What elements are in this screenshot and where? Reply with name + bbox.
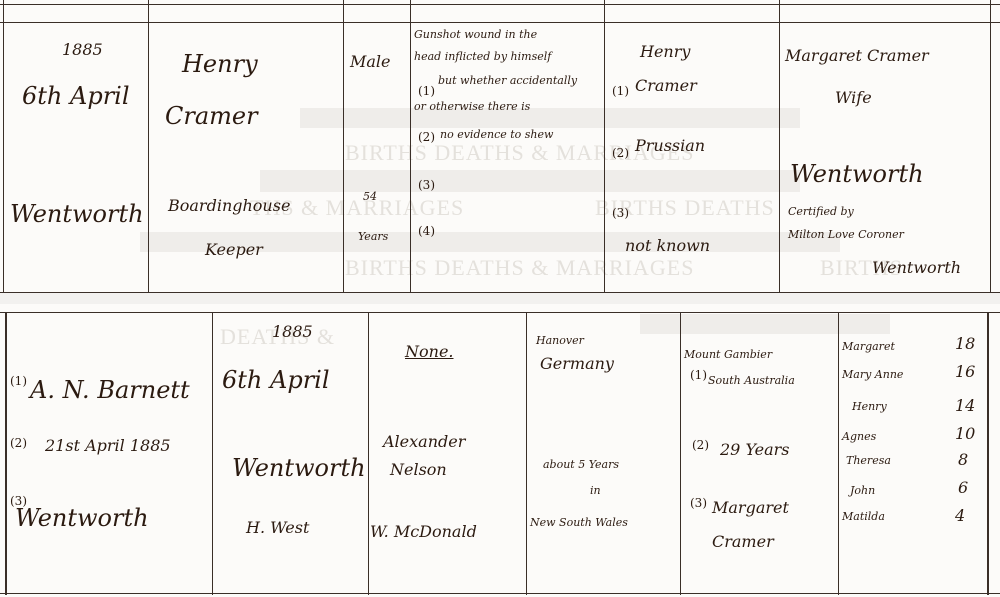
spouse-surname: Cramer xyxy=(712,532,774,551)
informant-relation: Wife xyxy=(835,88,872,107)
rule-line xyxy=(0,292,1000,293)
column-rule xyxy=(3,0,4,293)
child-age: 4 xyxy=(955,506,965,525)
age-value: 54 xyxy=(363,190,377,203)
column-rule xyxy=(604,0,605,293)
column-rule xyxy=(343,0,344,293)
cause-line-5: no evidence to shew xyxy=(440,128,553,141)
informant-residence: Wentworth xyxy=(790,160,924,188)
registrar-marker: (2) xyxy=(10,436,27,450)
occupation-line-1: Boardinghouse xyxy=(168,196,290,215)
column-rule xyxy=(5,312,7,595)
column-rule xyxy=(987,312,989,595)
column-rule xyxy=(212,312,213,595)
column-rule xyxy=(368,312,369,595)
sex: Male xyxy=(350,52,391,71)
death-place: Wentworth xyxy=(10,200,144,228)
rule-line xyxy=(0,312,1000,313)
rule-line xyxy=(0,4,1000,5)
minister-name-2: Nelson xyxy=(390,460,447,479)
watermark-band xyxy=(260,170,800,192)
column-rule xyxy=(990,0,991,293)
mother-name: not known xyxy=(625,236,710,255)
child-name: Henry xyxy=(852,400,887,413)
register-page-bottom: DEATHS & (1) A. N. Barnett (2) 21st Apri… xyxy=(0,304,1000,597)
birthplace-line-1: Hanover xyxy=(536,334,584,347)
certified-line-1: Certified by xyxy=(788,205,854,218)
witness-name: W. McDonald xyxy=(370,522,477,541)
column-rule xyxy=(526,312,527,595)
child-age: 16 xyxy=(955,362,975,381)
burial-date: 6th April xyxy=(222,366,330,394)
registration-date: 21st April 1885 xyxy=(45,436,171,455)
residence-duration: about 5 Years xyxy=(543,458,619,471)
cause-marker: (3) xyxy=(418,178,435,192)
registrar-marker: (1) xyxy=(10,374,27,388)
parents-marker: (3) xyxy=(612,206,629,220)
age-unit: Years xyxy=(358,230,388,243)
rule-line xyxy=(0,22,1000,23)
residence-in: in xyxy=(590,484,601,497)
occupation-line-2: Keeper xyxy=(205,240,263,259)
watermark-text: BIRTHS DEATHS & MARRIAGES xyxy=(345,255,694,281)
deceased-surname: Cramer xyxy=(165,102,258,130)
death-year: 1885 xyxy=(62,40,103,59)
marriage-place: Mount Gambier xyxy=(684,348,772,361)
father-first-name: Henry xyxy=(640,42,690,61)
child-age: 8 xyxy=(958,450,968,469)
column-rule xyxy=(779,0,780,293)
child-name: Mary Anne xyxy=(842,368,903,381)
informant-name: Margaret Cramer xyxy=(785,46,929,65)
cause-line-2: head inflicted by himself xyxy=(414,50,551,63)
residence-colony: New South Wales xyxy=(530,516,628,529)
rule-line xyxy=(0,593,1000,594)
column-rule xyxy=(680,312,681,595)
burial-year: 1885 xyxy=(272,322,313,341)
marriage-state: South Australia xyxy=(708,374,795,387)
marriage-age: 29 Years xyxy=(720,440,789,459)
birthplace-line-2: Germany xyxy=(540,354,614,373)
child-age: 18 xyxy=(955,334,975,353)
watermark-band xyxy=(640,314,890,334)
registrar-name: A. N. Barnett xyxy=(30,376,190,404)
father-surname: Cramer xyxy=(635,76,697,95)
certified-line-3: Wentworth xyxy=(872,258,961,277)
child-name: Margaret xyxy=(842,340,895,353)
certified-line-2: Milton Love Coroner xyxy=(788,228,904,241)
cause-line-4: or otherwise there is xyxy=(414,100,530,113)
spouse-first-name: Margaret xyxy=(712,498,789,517)
column-rule xyxy=(410,0,411,293)
child-age: 10 xyxy=(955,424,975,443)
marriage-marker: (1) xyxy=(690,368,707,382)
cause-line-3: but whether accidentally xyxy=(438,74,577,87)
father-occupation: Prussian xyxy=(635,136,705,155)
child-age: 6 xyxy=(958,478,968,497)
child-name: John xyxy=(850,484,875,497)
child-name: Matilda xyxy=(842,510,885,523)
cause-marker: (1) xyxy=(418,84,435,98)
child-age: 14 xyxy=(955,396,975,415)
cause-marker: (4) xyxy=(418,224,435,238)
marriage-marker: (3) xyxy=(690,496,707,510)
marriage-marker: (2) xyxy=(692,438,709,452)
watermark-band xyxy=(300,108,800,128)
column-rule xyxy=(838,312,839,595)
cause-line-1: Gunshot wound in the xyxy=(414,28,537,41)
death-date: 6th April xyxy=(22,82,130,110)
minister-name-1: Alexander xyxy=(383,432,465,451)
undertaker-name: H. West xyxy=(246,518,309,537)
child-name: Theresa xyxy=(846,454,891,467)
parents-marker: (2) xyxy=(612,146,629,160)
child-name: Agnes xyxy=(842,430,876,443)
cause-marker: (2) xyxy=(418,130,435,144)
religious-denomination: None. xyxy=(405,342,454,361)
parents-marker: (1) xyxy=(612,84,629,98)
burial-place: Wentworth xyxy=(232,454,366,482)
deceased-first-name: Henry xyxy=(182,50,258,78)
register-page-top: BIRTHS DEATHS & MARRIAGES THS & MARRIAGE… xyxy=(0,0,1000,293)
column-rule xyxy=(148,0,149,293)
registration-place: Wentworth xyxy=(15,504,149,532)
